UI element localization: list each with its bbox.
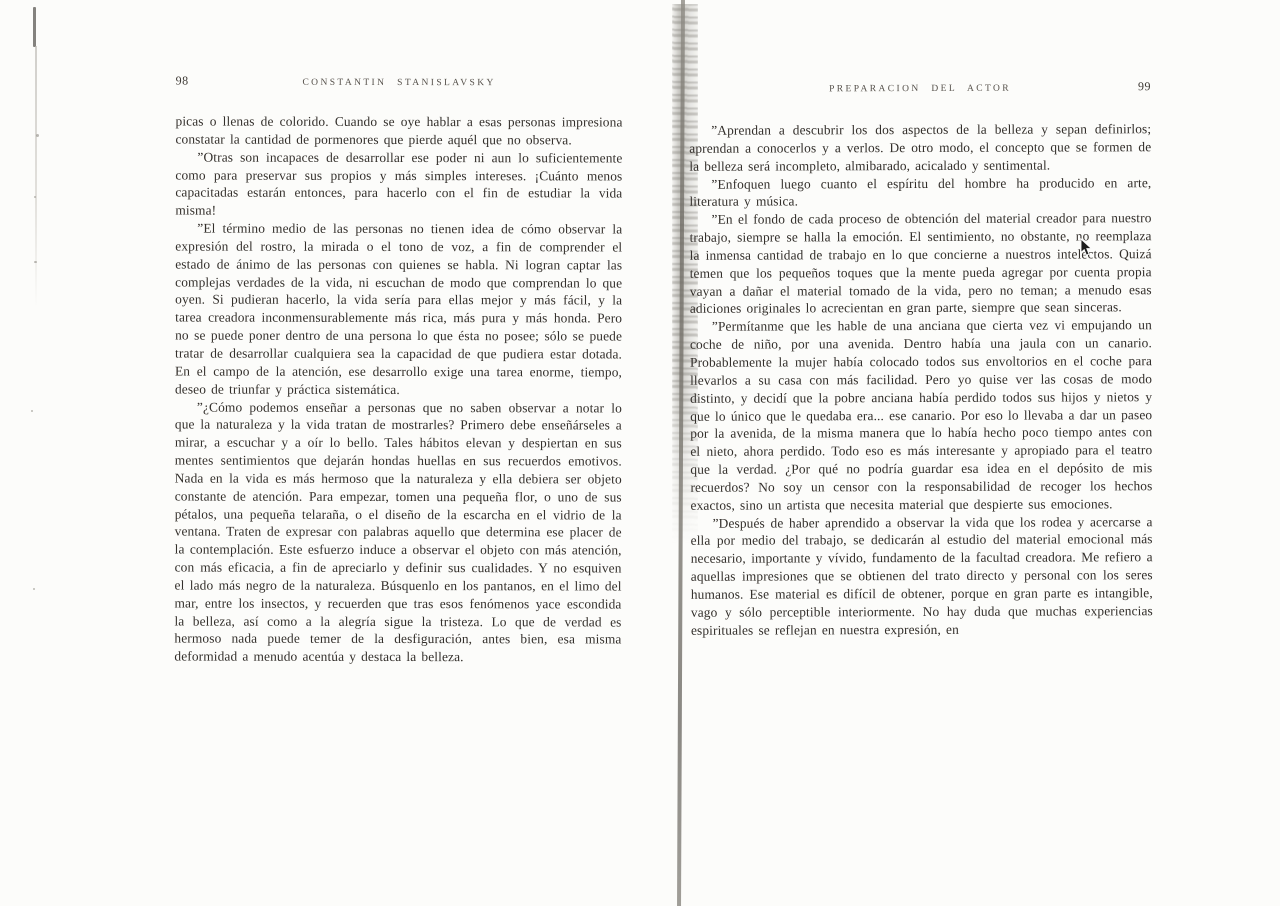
- paragraph: ”Otras son incapaces de desarrollar ese …: [175, 148, 622, 220]
- running-header-title-left: CONSTANTIN STANISLAVSKY: [236, 78, 563, 89]
- paragraph: ”Después de haber aprendido a observar l…: [691, 513, 1153, 640]
- page-number-left: 98: [176, 74, 236, 89]
- scan-speck: [34, 196, 36, 198]
- book-scan: 98 CONSTANTIN STANISLAVSKY picas o llena…: [0, 0, 1280, 906]
- running-head-left: 98 CONSTANTIN STANISLAVSKY: [176, 74, 623, 90]
- page-number-right: 99: [1091, 79, 1151, 94]
- mouse-cursor-icon: [1080, 238, 1093, 257]
- scan-speck: [31, 410, 33, 412]
- paragraph: ”Enfoquen luego cuanto el espíritu del h…: [689, 174, 1151, 211]
- paragraph: ”Aprendan a descubrir los dos aspectos d…: [689, 120, 1151, 175]
- scan-speck: [33, 588, 35, 590]
- paragraph: ”El término medio de las personas no tie…: [175, 220, 622, 399]
- scan-edge-mark: [33, 7, 36, 47]
- scan-edge-line: [35, 46, 37, 308]
- running-head-right: PREPARACION DEL ACTOR 99: [689, 79, 1151, 96]
- paragraph: ”Permítanme que les hable de una anciana…: [690, 316, 1153, 514]
- paragraph: picas o llenas de colorido. Cuando se oy…: [175, 113, 622, 150]
- paragraph: ”En el fondo de cada proceso de obtenció…: [689, 209, 1151, 318]
- page-right-body: ”Aprendan a descubrir los dos aspectos d…: [689, 120, 1153, 639]
- paragraph: ”¿Cómo podemos enseñar a personas que no…: [174, 398, 622, 667]
- page-left-body: picas o llenas de colorido. Cuando se oy…: [174, 113, 622, 667]
- scan-speck: [36, 134, 39, 137]
- page-right: PREPARACION DEL ACTOR 99 ”Aprendan a des…: [689, 79, 1153, 639]
- page-left: 98 CONSTANTIN STANISLAVSKY picas o llena…: [174, 74, 622, 667]
- running-header-title-right: PREPARACION DEL ACTOR: [749, 83, 1091, 94]
- scan-speck: [34, 261, 37, 263]
